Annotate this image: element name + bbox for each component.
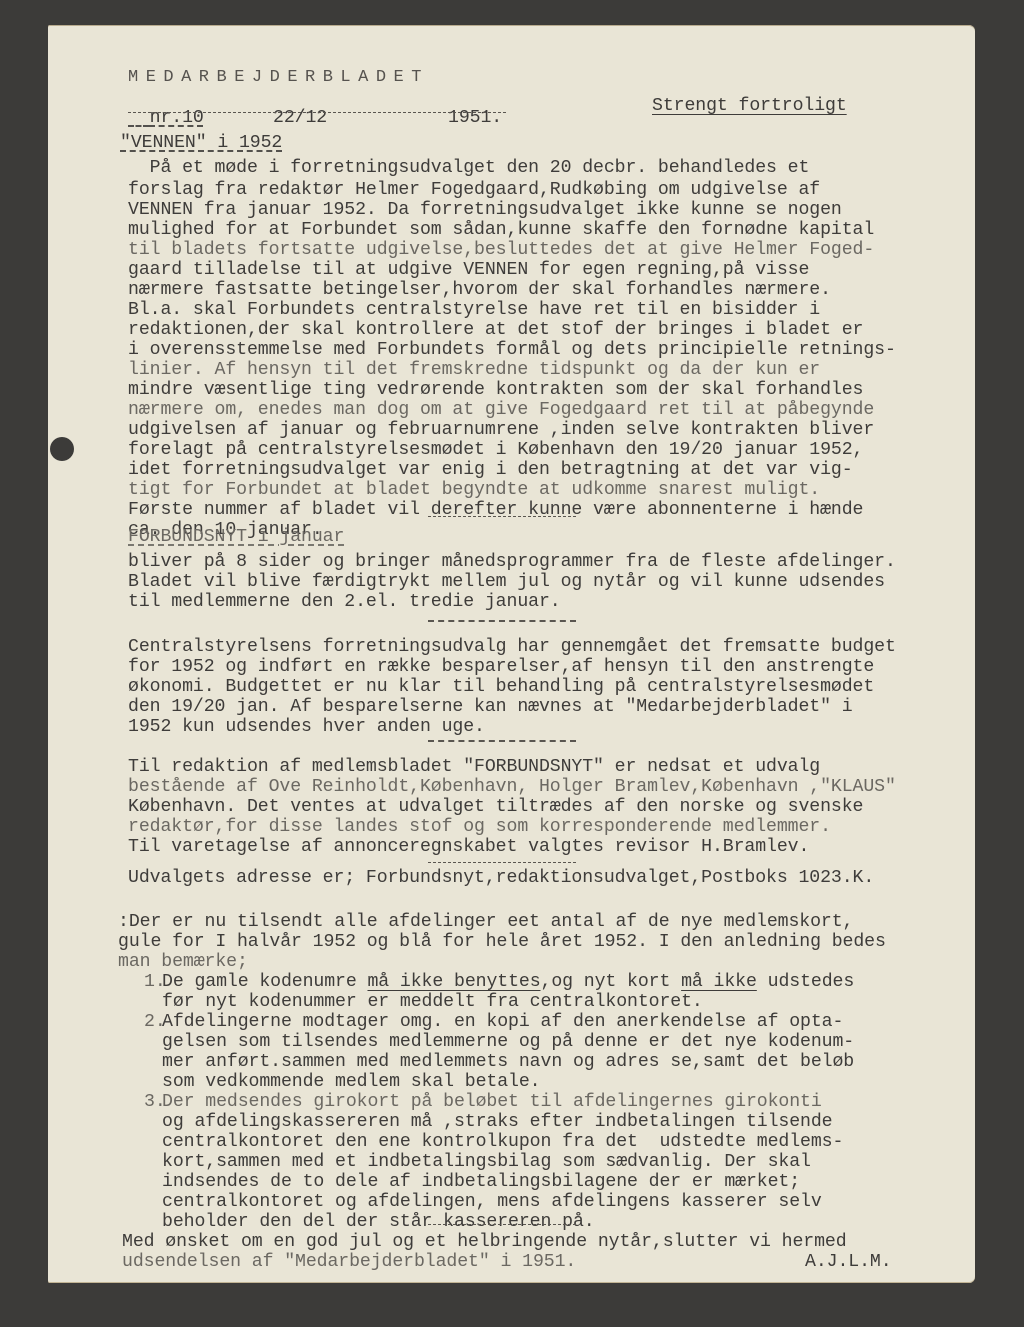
body-line: Centralstyrelsens forretningsudvalg har … [128, 637, 896, 657]
list-item-line: indsendes de to dele af indbetalingsbila… [162, 1172, 800, 1192]
closing-line: Med ønsket om en god jul og et helbringe… [122, 1232, 847, 1252]
address-line: Udvalgets adresse er; Forbundsnyt,redakt… [128, 868, 874, 888]
signature: A.J.L.M. [805, 1252, 892, 1272]
list-item-line: før nyt kodenummer er meddelt fra centra… [162, 992, 703, 1012]
body-line: for 1952 og indført en række besparelser… [128, 657, 874, 677]
issue-number: nr.10 [150, 108, 204, 128]
list-item-line: kort,sammen med et indbetalingsbilag som… [162, 1152, 811, 1172]
body-line: forslag fra redaktør Helmer Fogedgaard,R… [128, 180, 820, 200]
body-line: man bemærke; [118, 952, 248, 972]
body-line: udgivelsen af januar og februarnumrene ,… [128, 420, 874, 440]
body-line: den 19/20 jan. Af besparelserne kan nævn… [128, 697, 853, 717]
body-line: til medlemmerne den 2.el. tredie januar. [128, 592, 561, 612]
body-line: Til redaktion af medlemsbladet "FORBUNDS… [128, 757, 820, 777]
list-item-line: og afdelingskassereren må ,straks efter … [162, 1112, 833, 1132]
list-item-line: Afdelingerne modtager omg. en kopi af de… [162, 1012, 843, 1032]
emphasis-underline: må ikke [681, 972, 757, 992]
list-item-line: beholder den del der står kassereren på. [162, 1212, 595, 1232]
section-separator [428, 1224, 576, 1225]
body-line: Bladet vil blive færdigtrykt mellem jul … [128, 572, 885, 592]
body-line: i overensstemmelse med Forbundets formål… [128, 340, 896, 360]
body-line: bliver på 8 sider og bringer månedsprogr… [128, 552, 896, 572]
body-line: 1952 kun udsendes hver anden uge. [128, 717, 485, 737]
body-line: idet forretningsudvalget var enig i den … [128, 460, 853, 480]
body-line: Bl.a. skal Forbundets centralstyrelse ha… [128, 300, 820, 320]
body-line: gaard tilladelse til at udgive VENNEN fo… [128, 260, 809, 280]
list-item-line: som vedkommende medlem skal betale. [162, 1072, 541, 1092]
body-line: mindre væsentlige ting vedrørende kontra… [128, 380, 863, 400]
body-line: bestående af Ove Reinholdt,København, Ho… [128, 777, 896, 797]
list-text: ,og nyt kort [541, 972, 682, 992]
punch-hole [50, 437, 74, 461]
list-item-line: centralkontoret den ene kontrolkupon fra… [162, 1132, 843, 1152]
body-line: økonomi. Budgettet er nu klar til behand… [128, 677, 874, 697]
list-item-line: mer anført.sammen med medlemmets navn og… [162, 1052, 854, 1072]
list-text: De gamle kodenumre [162, 972, 367, 992]
list-item-line: gelsen som tilsendes medlemmerne og på d… [162, 1032, 854, 1052]
section-heading-vennen: "VENNEN" i 1952 [120, 133, 282, 153]
body-line: nærmere fastsatte betingelser,hvorom der… [128, 280, 831, 300]
body-line: linier. Af hensyn til det fremskredne ti… [128, 360, 820, 380]
list-item-line: Der medsendes girokort på beløbet til af… [162, 1092, 822, 1112]
body-line: tigt for Forbundet at bladet begyndte at… [128, 480, 820, 500]
section-separator [428, 620, 576, 622]
body-line: gule for I halvår 1952 og blå for hele å… [118, 932, 886, 952]
masthead-title: MEDARBEJDERBLADET [128, 68, 429, 88]
section-separator [428, 740, 576, 742]
body-line: På et møde i forretningsudvalget den 20 … [128, 158, 809, 178]
body-line: Til varetagelse af annonceregnskabet val… [128, 837, 809, 857]
issue-year: 1951. [448, 108, 502, 128]
list-text: udstedes [757, 972, 854, 992]
body-line: Første nummer af bladet vil derefter kun… [128, 500, 863, 520]
header-underline [128, 112, 506, 113]
section-separator [428, 516, 576, 517]
body-line: redaktionen,der skal kontrollere at det … [128, 320, 863, 340]
list-item-line: De gamle kodenumre må ikke benyttes,og n… [162, 972, 854, 992]
classification-label: Strengt fortroligt [652, 96, 847, 116]
section-separator [428, 862, 576, 863]
body-line: forelagt på centralstyrelsesmødet i Købe… [128, 440, 863, 460]
body-line: :Der er nu tilsendt alle afdelinger eet … [118, 912, 853, 932]
body-line: nærmere om, enedes man dog om at give Fo… [128, 400, 874, 420]
body-line: mulighed for at Forbundet som sådan,kunn… [128, 220, 874, 240]
body-line: redaktør,for disse landes stof og som ko… [128, 817, 831, 837]
closing-line: udsendelsen af "Medarbejderbladet" i 195… [122, 1252, 576, 1272]
body-line: København. Det ventes at udvalget tiltræ… [128, 797, 863, 817]
body-line: VENNEN fra januar 1952. Da forretningsud… [128, 200, 842, 220]
body-line: til bladets fortsatte udgivelse,beslutte… [128, 240, 874, 260]
issue-line: nr.1022/121951. [128, 88, 506, 128]
issue-date: 22/12 [273, 108, 327, 128]
emphasis-underline: må ikke benyttes [367, 972, 540, 992]
section-heading-forbundsnyt: FORBUNDSNYT i januar [128, 527, 344, 547]
list-item-line: centralkontoret og afdelingen, mens afde… [162, 1192, 822, 1212]
